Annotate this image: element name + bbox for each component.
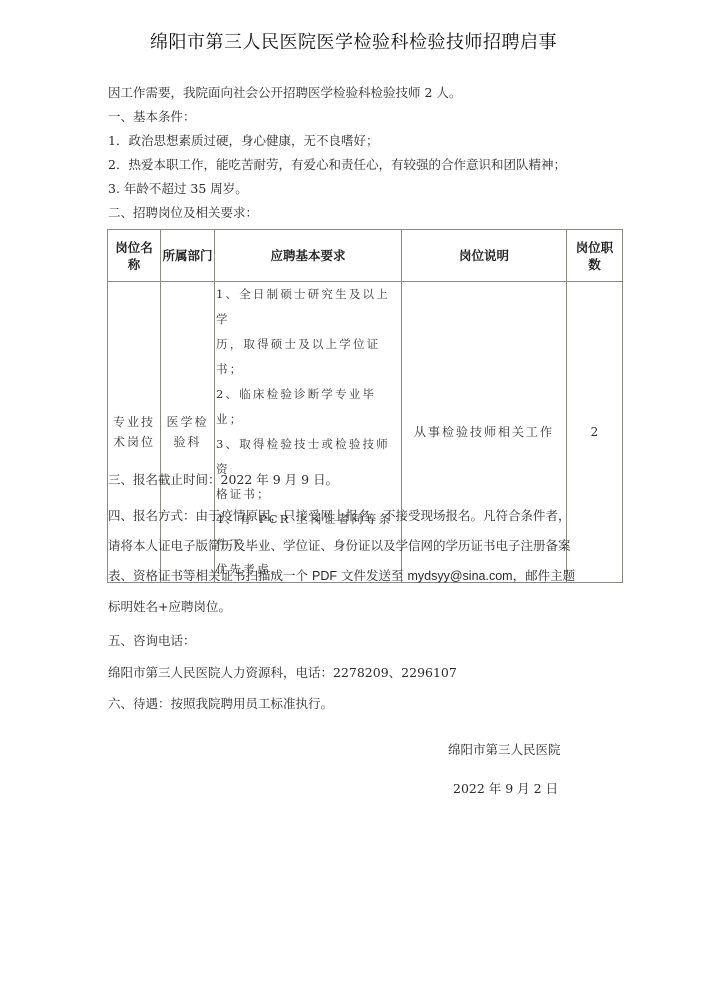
text-segment: 文件发送至 <box>341 568 404 583</box>
text-segment: ，邮件主题 <box>513 568 576 583</box>
section3-deadline: 三、报名截止时间：2022 年 9 月 9 日。 <box>108 470 338 488</box>
section4-line-4: 标明姓名+应聘岗位。 <box>108 597 231 615</box>
requirement-line: 历，取得硕士及以上学位证书； <box>216 332 401 382</box>
requirement-line: 2、临床检验诊断学专业毕业； <box>216 382 401 432</box>
header-count: 岗位职数 <box>567 230 623 282</box>
cell-count: 2 <box>567 282 623 583</box>
header-requirements: 应聘基本要求 <box>215 230 402 282</box>
header-description: 岗位说明 <box>402 230 567 282</box>
text-segment: 表、资格证书等相关证书扫描成一个 <box>108 568 308 583</box>
intro-text: 因工作需要，我院面向社会公开招聘医学检验科检验技师 2 人。 <box>108 83 461 101</box>
condition-item-3: 3. 年龄不超过 35 周岁。 <box>108 179 248 197</box>
condition-item-1: 1．政治思想素质过硬，身心健康，无不良嗜好； <box>108 131 378 149</box>
signature-date: 2022 年 9 月 2 日 <box>453 779 558 797</box>
pdf-label: PDF <box>312 569 337 583</box>
header-department: 所属部门 <box>161 230 215 282</box>
section5-heading: 五、咨询电话： <box>108 631 196 649</box>
email-address[interactable]: mydsyy@sina.com <box>407 569 512 583</box>
header-position: 岗位名称 <box>108 230 161 282</box>
positions-table: 岗位名称 所属部门 应聘基本要求 岗位说明 岗位职数 专业技术岗位 医学检验科 … <box>107 229 623 583</box>
section1-heading: 一、基本条件： <box>108 107 196 125</box>
section2-heading: 二、招聘岗位及相关要求： <box>108 203 258 221</box>
table-header-row: 岗位名称 所属部门 应聘基本要求 岗位说明 岗位职数 <box>108 230 623 282</box>
page-title: 绵阳市第三人民医院医学检验科检验技师招聘启事 <box>0 28 707 54</box>
signature-org: 绵阳市第三人民医院 <box>448 740 561 758</box>
condition-item-2: 2．热爱本职工作，能吃苦耐劳，有爱心和责任心，有较强的合作意识和团队精神； <box>108 155 566 173</box>
section4-line-1: 四、报名方式：由于疫情原因，只接受网上报名，不接受现场报名。凡符合条件者， <box>108 506 571 524</box>
section6-benefits: 六、待遇：按照我院聘用员工标准执行。 <box>108 694 333 712</box>
section4-line-2: 请将本人证电子版简历及毕业、学位证、身份证以及学信网的学历证书电子注册备案 <box>108 536 571 554</box>
section4-line-3: 表、资格证书等相关证书扫描成一个 PDF 文件发送至 mydsyy@sina.c… <box>108 566 575 584</box>
section5-contact: 绵阳市第三人民医院人力资源科，电话：2278209、2296107 <box>108 663 457 681</box>
requirement-line: 1、全日制硕士研究生及以上学 <box>216 282 401 332</box>
